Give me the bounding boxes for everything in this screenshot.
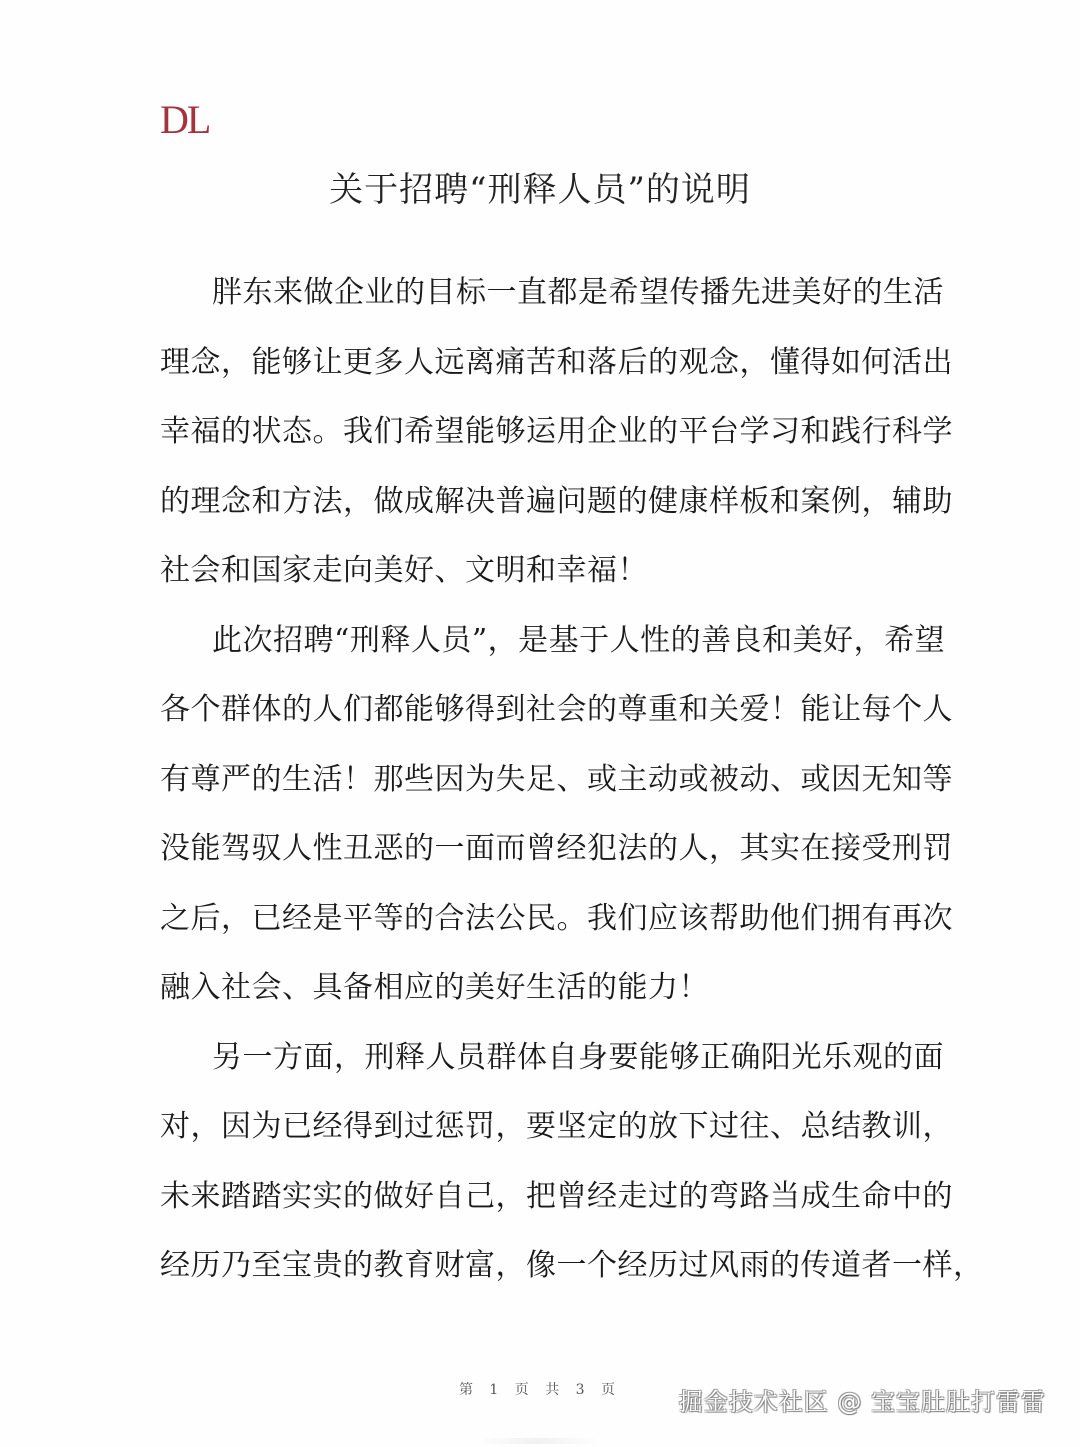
text-line: 胖东来做企业的目标一直都是希望传播先进美好的生活 <box>160 270 930 340</box>
text-line: 之后，已经是平等的合法公民。我们应该帮助他们拥有再次 <box>160 896 930 966</box>
text-line: 各个群体的人们都能够得到社会的尊重和关爱！能让每个人 <box>160 687 930 757</box>
text-line: 另一方面，刑释人员群体自身要能够正确阳光乐观的面 <box>160 1035 930 1105</box>
text-line: 社会和国家走向美好、文明和幸福！ <box>160 548 930 618</box>
text-line: 此次招聘“刑释人员”，是基于人性的善良和美好，希望 <box>160 618 930 688</box>
paragraph-2: 此次招聘“刑释人员”，是基于人性的善良和美好，希望 各个群体的人们都能够得到社会… <box>160 618 930 1035</box>
text-line: 理念，能够让更多人远离痛苦和落后的观念，懂得如何活出 <box>160 340 930 410</box>
text-line: 有尊严的生活！那些因为失足、或主动或被动、或因无知等 <box>160 757 930 827</box>
watermark: 掘金技术社区 @ 宝宝肚肚打雷雷 <box>679 1382 1046 1417</box>
text-line: 未来踏踏实实的做好自己，把曾经走过的弯路当成生命中的 <box>160 1174 930 1244</box>
scan-artifact <box>478 1438 598 1444</box>
document-body: 胖东来做企业的目标一直都是希望传播先进美好的生活 理念，能够让更多人远离痛苦和落… <box>160 270 930 1313</box>
text-line: 没能驾驭人性丑恶的一面而曾经犯法的人，其实在接受刑罚 <box>160 826 930 896</box>
text-line: 幸福的状态。我们希望能够运用企业的平台学习和践行科学 <box>160 409 930 479</box>
company-logo: DL <box>160 100 209 140</box>
paragraph-1: 胖东来做企业的目标一直都是希望传播先进美好的生活 理念，能够让更多人远离痛苦和落… <box>160 270 930 618</box>
paragraph-3: 另一方面，刑释人员群体自身要能够正确阳光乐观的面 对，因为已经得到过惩罚，要坚定… <box>160 1035 930 1313</box>
text-line: 对，因为已经得到过惩罚，要坚定的放下过往、总结教训， <box>160 1104 930 1174</box>
document-page: DL 关于招聘“刑释人员”的说明 胖东来做企业的目标一直都是希望传播先进美好的生… <box>0 0 1080 1447</box>
logo-text: DL <box>160 97 209 142</box>
text-line: 的理念和方法，做成解决普遍问题的健康样板和案例，辅助 <box>160 479 930 549</box>
document-title: 关于招聘“刑释人员”的说明 <box>0 168 1080 212</box>
text-line: 融入社会、具备相应的美好生活的能力！ <box>160 965 930 1035</box>
text-line: 经历乃至宝贵的教育财富，像一个经历过风雨的传道者一样， <box>160 1243 930 1313</box>
